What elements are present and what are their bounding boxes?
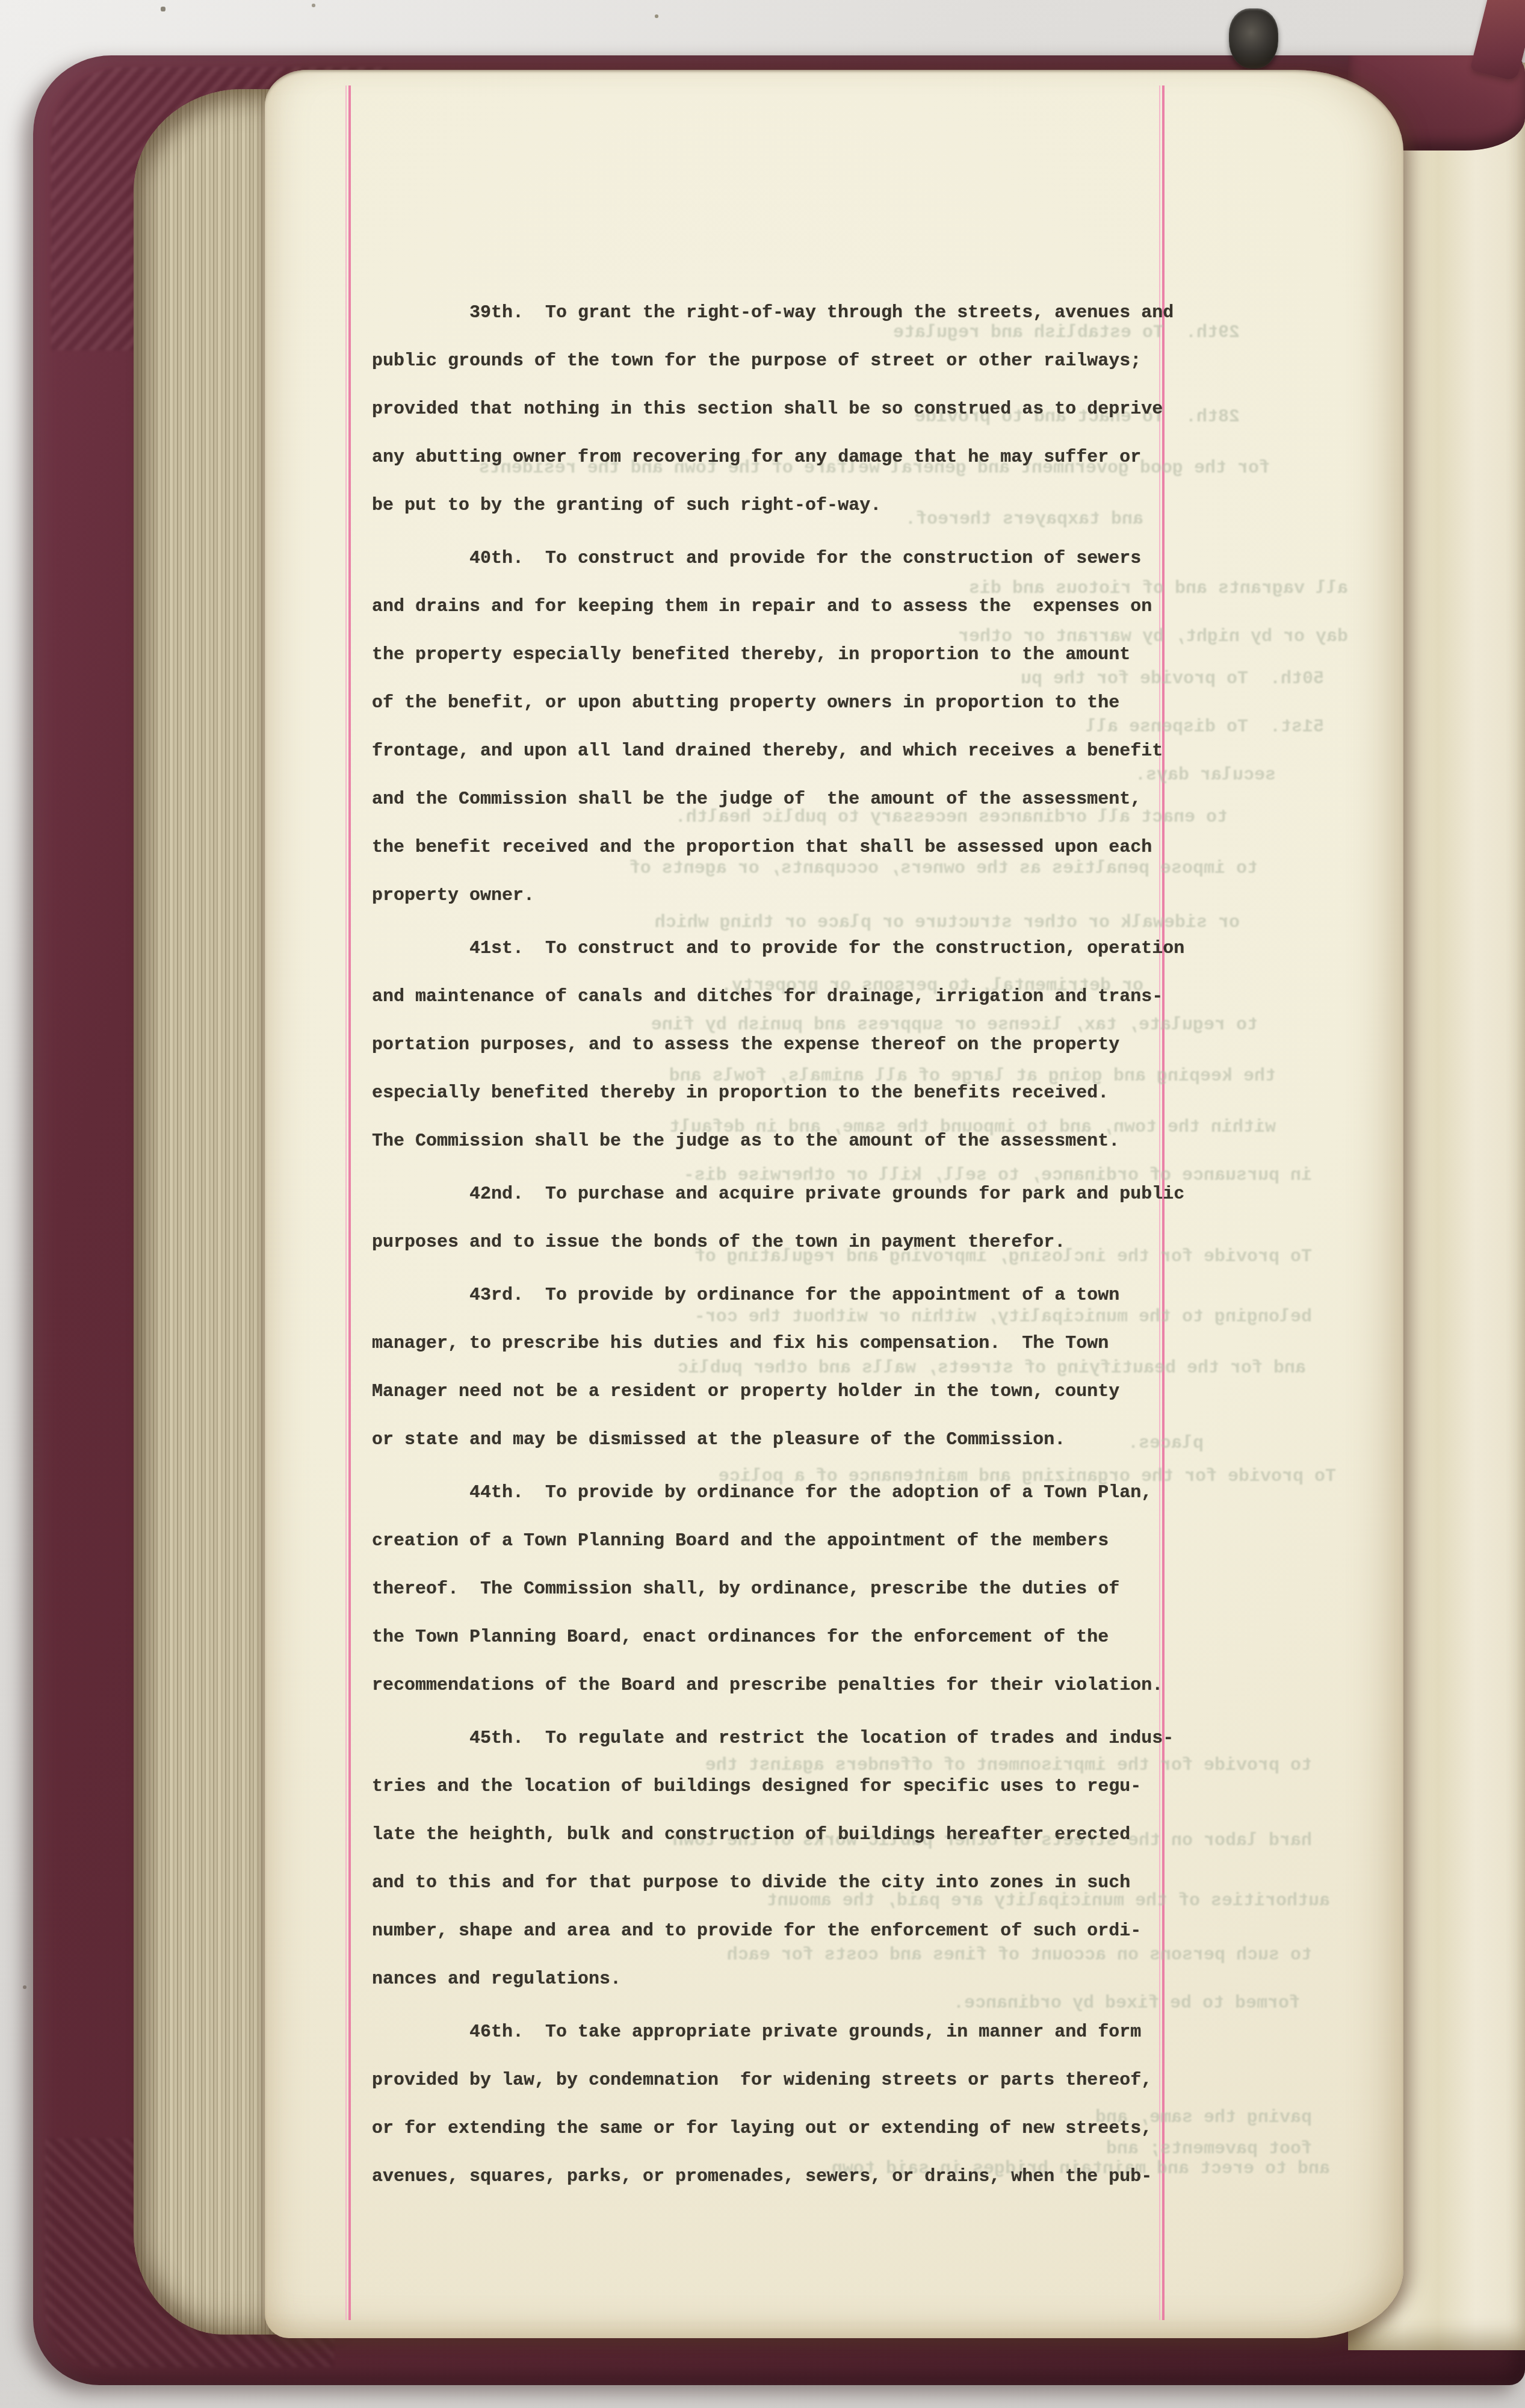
typed-line: portation purposes, and to assess the ex… [372, 1021, 1263, 1069]
typed-line: 40th. To construct and provide for the c… [372, 535, 1263, 583]
typed-line: number, shape and area and to provide fo… [372, 1907, 1263, 1955]
typed-line: especially benefited thereby in proporti… [372, 1069, 1263, 1117]
typed-line: 42nd. To purchase and acquire private gr… [372, 1170, 1263, 1218]
typed-line: be put to by the granting of such right-… [372, 482, 1263, 530]
typed-line: 46th. To take appropriate private ground… [372, 2008, 1263, 2056]
typed-line: or state and may be dismissed at the ple… [372, 1416, 1263, 1464]
typed-line: The Commission shall be the judge as to … [372, 1117, 1263, 1165]
typed-line: the benefit received and the proportion … [372, 824, 1263, 872]
typed-line: any abutting owner from recovering for a… [372, 433, 1263, 482]
typed-line: thereof. The Commission shall, by ordina… [372, 1565, 1263, 1613]
typed-line: provided by law, by condemnation for wid… [372, 2056, 1263, 2105]
typed-text-block: 39th. To grant the right-of-way through … [372, 289, 1263, 2201]
typed-line: Manager need not be a resident or proper… [372, 1368, 1263, 1416]
typed-line: the Town Planning Board, enact ordinance… [372, 1613, 1263, 1662]
typed-line: of the benefit, or upon abutting propert… [372, 679, 1263, 727]
typed-line: 44th. To provide by ordinance for the ad… [372, 1469, 1263, 1517]
typed-line: tries and the location of buildings desi… [372, 1763, 1263, 1811]
typed-line: 45th. To regulate and restrict the locat… [372, 1714, 1263, 1763]
typed-line: provided that nothing in this section sh… [372, 385, 1263, 433]
paragraph: 40th. To construct and provide for the c… [372, 535, 1263, 920]
typed-line: 39th. To grant the right-of-way through … [372, 289, 1263, 337]
paragraph: 44th. To provide by ordinance for the ad… [372, 1469, 1263, 1710]
typed-line: avenues, squares, parks, or promenades, … [372, 2153, 1263, 2201]
typed-line: purposes and to issue the bonds of the t… [372, 1218, 1263, 1267]
typed-line: nances and regulations. [372, 1955, 1263, 2003]
typed-line: and maintenance of canals and ditches fo… [372, 973, 1263, 1021]
typed-line: creation of a Town Planning Board and th… [372, 1517, 1263, 1565]
typed-line: 43rd. To provide by ordinance for the ap… [372, 1271, 1263, 1320]
typed-line: or for extending the same or for laying … [372, 2105, 1263, 2153]
typed-line: frontage, and upon all land drained ther… [372, 727, 1263, 775]
typed-line: and drains and for keeping them in repai… [372, 583, 1263, 631]
dust-specks [0, 0, 1, 1]
typed-line: and the Commission shall be the judge of… [372, 775, 1263, 824]
paragraph: 42nd. To purchase and acquire private gr… [372, 1170, 1263, 1267]
typed-line: public grounds of the town for the purpo… [372, 337, 1263, 385]
torn-leather-scrap [1470, 0, 1525, 82]
typed-line: 41st. To construct and to provide for th… [372, 925, 1263, 973]
ledger-page: 29th. To establish and regulate28th. To … [265, 70, 1403, 2338]
typed-line: manager, to prescribe his duties and fix… [372, 1320, 1263, 1368]
clasp-stud [1229, 8, 1278, 69]
typed-line: and to this and for that purpose to divi… [372, 1859, 1263, 1907]
paragraph: 46th. To take appropriate private ground… [372, 2008, 1263, 2201]
scanned-book-photo: 29th. To establish and regulate28th. To … [0, 0, 1525, 2408]
paragraph: 43rd. To provide by ordinance for the ap… [372, 1271, 1263, 1464]
typed-line: the property especially benefited thereb… [372, 631, 1263, 679]
paragraph: 39th. To grant the right-of-way through … [372, 289, 1263, 530]
paragraph: 45th. To regulate and restrict the locat… [372, 1714, 1263, 2003]
typed-line: late the heighth, bulk and construction … [372, 1811, 1263, 1859]
typed-line: property owner. [372, 872, 1263, 920]
paragraph: 41st. To construct and to provide for th… [372, 925, 1263, 1165]
typed-line: recommendations of the Board and prescri… [372, 1662, 1263, 1710]
